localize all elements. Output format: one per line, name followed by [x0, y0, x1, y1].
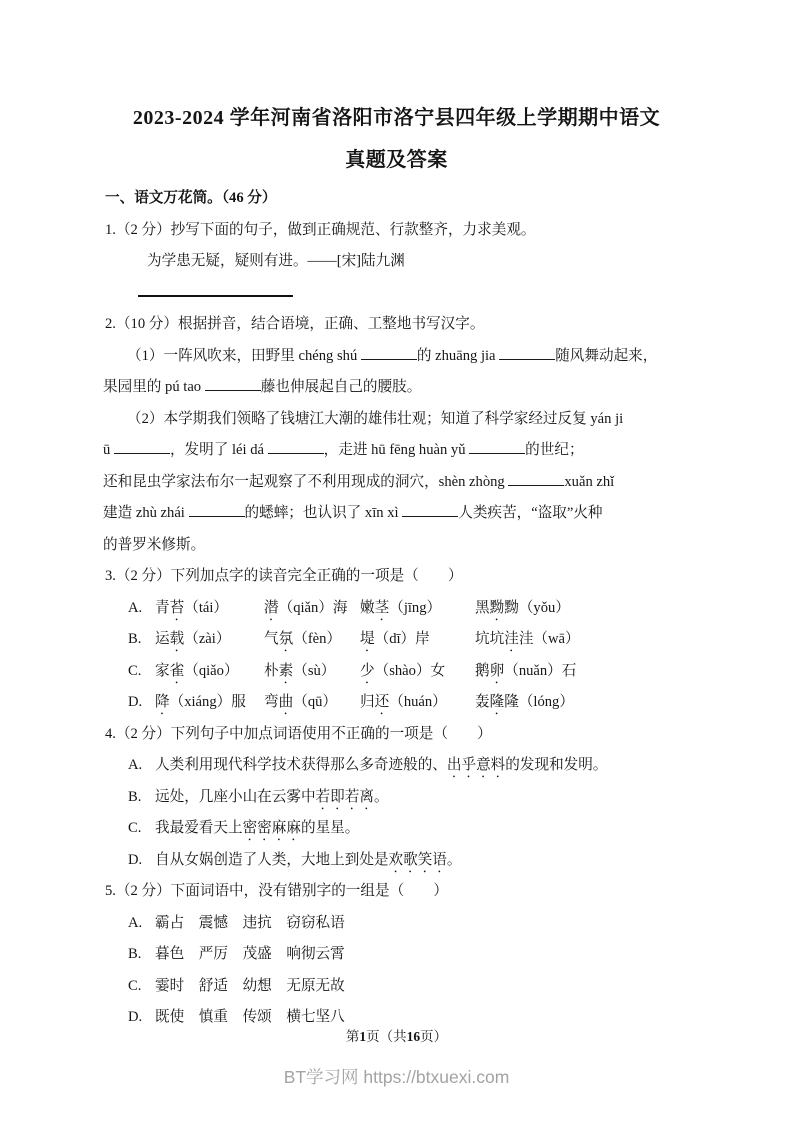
option-text: 人类利用现代科学技术获得那么多奇迹般的、出乎意料的发现和发明。: [155, 750, 607, 782]
q3-option-a: A. 青苔（tái） 潜（qiǎn）海 嫩茎（jīng） 黑黝黝（yǒu）: [128, 593, 793, 625]
option-letter: C.: [128, 656, 155, 688]
document-page: 2023-2024 学年河南省洛阳市洛宁县四年级上学期期中语文 真题及答案 一、…: [0, 0, 793, 1122]
option-item: 少（shào）女: [360, 656, 475, 688]
option-item: 降（xiáng）服: [155, 687, 264, 719]
option-letter: B.: [128, 939, 155, 971]
option-text: 我最爱看天上密密麻麻的星星。: [155, 813, 359, 845]
option-item: 家雀（qiǎo）: [155, 656, 264, 688]
option-text: 远处，几座小山在云雾中若即若离。: [155, 782, 389, 814]
q2-part1-line2: 果园里的 pú tao 藤也伸展起自己的腰肢。: [103, 372, 793, 404]
q2-stem: 2.（10 分）根据拼音，结合语境，正确、工整地书写汉字。: [105, 309, 793, 341]
page-title-line1: 2023-2024 学年河南省洛阳市洛宁县四年级上学期期中语文: [0, 97, 793, 139]
option-letter: D.: [128, 845, 155, 877]
q2-part2-line1: （2）本学期我们领略了钱塘江大潮的雄伟壮观；知道了科学家经过反复 yán ji: [127, 404, 793, 436]
option-letter: C.: [128, 813, 155, 845]
footer-text: 页（共: [366, 1029, 407, 1044]
footer-total-pages: 16: [407, 1029, 421, 1044]
option-item: 黑黝黝（yǒu）: [475, 593, 570, 625]
option-item: 归还（huán）: [360, 687, 475, 719]
option-text: 自从女娲创造了人类，大地上到处是欢歌笑语。: [155, 845, 462, 877]
q4-option-c: C. 我最爱看天上密密麻麻的星星。: [128, 813, 793, 845]
q4-option-a: A. 人类利用现代科学技术获得那么多奇迹般的、出乎意料的发现和发明。: [128, 750, 793, 782]
q2-part2-line3: 还和昆虫学家法布尔一起观察了不利用现成的洞穴，shèn zhòng xuǎn z…: [103, 467, 793, 499]
fill-in-blank: [205, 375, 261, 391]
option-item: 潜（qiǎn）海: [264, 593, 360, 625]
fill-in-blank: [114, 438, 170, 454]
q2-part2-line2: ū ，发明了 léi dá ，走进 hū fēng huàn yǔ 的世纪；: [103, 435, 793, 467]
option-text: 霸占 震憾 违抗 窃窃私语: [155, 908, 345, 940]
fill-in-blank: [402, 501, 458, 517]
option-letter: B.: [128, 782, 155, 814]
option-text: 霎时 舒适 幼想 无原无故: [155, 971, 345, 1003]
q5-option-b: B. 暮色 严厉 茂盛 响彻云霄: [128, 939, 793, 971]
option-letter: A.: [128, 593, 155, 625]
fill-in-blank: [189, 501, 245, 517]
q3-option-c: C. 家雀（qiǎo） 朴素（sù） 少（shào）女 鹅卵（nuǎn）石: [128, 656, 793, 688]
option-item: 运载（zài）: [155, 624, 264, 656]
option-letter: B.: [128, 624, 155, 656]
q5-stem: 5.（2 分）下面词语中，没有错别字的一组是（ ）: [105, 876, 793, 908]
option-item: 朴素（sù）: [264, 656, 360, 688]
section-heading: 一、语文万花筒。（46 分）: [105, 183, 793, 215]
option-letter: C.: [128, 971, 155, 1003]
fill-in-blank: [361, 344, 417, 360]
q1-answer-row: [105, 278, 793, 310]
option-item: 气氛（fèn）: [264, 624, 360, 656]
fill-in-blank: [469, 438, 525, 454]
q1-quote: 为学患无疑，疑则有进。——[宋]陆九渊: [147, 246, 793, 278]
q2-part1-line1: （1）一阵风吹来，田野里 chéng shú 的 zhuāng jia 随风舞动…: [127, 341, 793, 373]
option-letter: A.: [128, 750, 155, 782]
option-letter: A.: [128, 908, 155, 940]
q5-option-a: A. 霸占 震憾 违抗 窃窃私语: [128, 908, 793, 940]
fill-in-blank: [508, 470, 564, 486]
watermark: BT学习网 https://btxuexi.com: [0, 1064, 793, 1089]
fill-in-blank: [499, 344, 555, 360]
q2-part2-line4: 建造 zhù zhái 的蟋蟀；也认识了 xīn xì 人类疾苦，“盗取”火种: [103, 498, 793, 530]
q3-option-d: D. 降（xiáng）服 弯曲（qū） 归还（huán） 轰隆隆（lóng）: [128, 687, 793, 719]
q4-option-d: D. 自从女娲创造了人类，大地上到处是欢歌笑语。: [128, 845, 793, 877]
answer-blank-line: [138, 278, 293, 297]
q1-stem: 1.（2 分）抄写下面的句子，做到正确规范、行款整齐，力求美观。: [105, 215, 793, 247]
option-letter: D.: [128, 687, 155, 719]
page-title: 2023-2024 学年河南省洛阳市洛宁县四年级上学期期中语文 真题及答案: [0, 97, 793, 181]
option-item: 轰隆隆（lóng）: [475, 687, 574, 719]
fill-in-blank: [268, 438, 324, 454]
page-title-line2: 真题及答案: [0, 139, 793, 181]
document-body: 一、语文万花筒。（46 分） 1.（2 分）抄写下面的句子，做到正确规范、行款整…: [0, 183, 793, 1034]
footer-text: 页）: [420, 1029, 447, 1044]
q3-stem: 3.（2 分）下列加点字的读音完全正确的一项是（ ）: [105, 561, 793, 593]
footer-text: 第: [346, 1029, 360, 1044]
q3-option-b: B. 运载（zài） 气氛（fèn） 堤（dī）岸 坑坑洼洼（wā）: [128, 624, 793, 656]
option-text: 暮色 严厉 茂盛 响彻云霄: [155, 939, 345, 971]
option-item: 青苔（tái）: [155, 593, 264, 625]
q2-part2-line5: 的普罗米修斯。: [103, 530, 793, 562]
q4-option-b: B. 远处，几座小山在云雾中若即若离。: [128, 782, 793, 814]
option-item: 鹅卵（nuǎn）石: [475, 656, 576, 688]
q5-option-c: C. 霎时 舒适 幼想 无原无故: [128, 971, 793, 1003]
page-footer: 第1页（共16页）: [0, 1025, 793, 1045]
option-item: 坑坑洼洼（wā）: [475, 624, 580, 656]
option-item: 嫩茎（jīng）: [360, 593, 475, 625]
option-item: 堤（dī）岸: [360, 624, 475, 656]
q4-stem: 4.（2 分）下列句子中加点词语使用不正确的一项是（ ）: [105, 719, 793, 751]
option-item: 弯曲（qū）: [264, 687, 360, 719]
